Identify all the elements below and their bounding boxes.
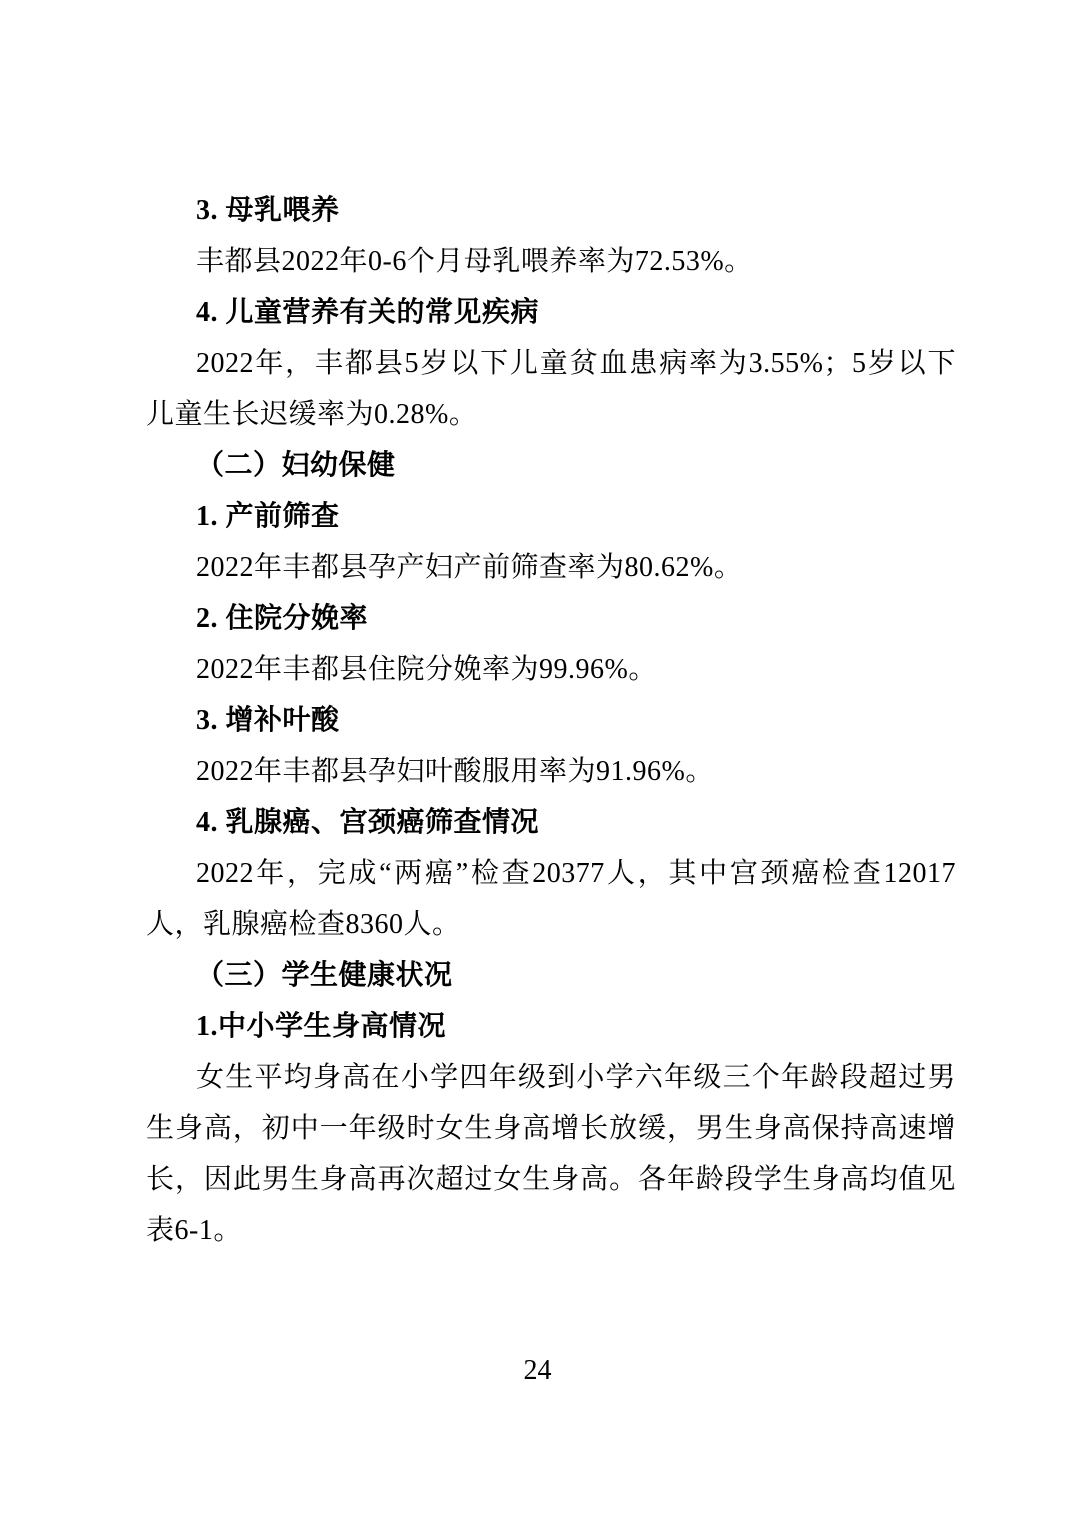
para-prenatal-screening-rate: 2022年丰都县孕产妇产前筛查率为80.62%。 — [146, 542, 956, 593]
heading-section-2-maternal-child-health: （二）妇幼保健 — [146, 440, 956, 491]
para-folic-acid-rate: 2022年丰都县孕妇叶酸服用率为91.96%。 — [146, 746, 956, 797]
para-hospital-delivery-rate: 2022年丰都县住院分娩率为99.96%。 — [146, 644, 956, 695]
heading-3-breastfeeding: 3. 母乳喂养 — [146, 185, 956, 236]
para-student-height-trend: 女生平均身高在小学四年级到小学六年级三个年龄段超过男生身高，初中一年级时女生身高… — [146, 1052, 956, 1256]
heading-4-child-nutrition-diseases: 4. 儿童营养有关的常见疾病 — [146, 287, 956, 338]
para-breastfeeding-rate: 丰都县2022年0-6个月母乳喂养率为72.53%。 — [146, 236, 956, 287]
document-page: 3. 母乳喂养 丰都县2022年0-6个月母乳喂养率为72.53%。 4. 儿童… — [0, 0, 1075, 1520]
heading-4-cancer-screening: 4. 乳腺癌、宫颈癌筛查情况 — [146, 797, 956, 848]
heading-3-folic-acid: 3. 增补叶酸 — [146, 695, 956, 746]
page-number: 24 — [0, 1354, 1075, 1388]
heading-2-hospital-delivery: 2. 住院分娩率 — [146, 593, 956, 644]
heading-1-student-height: 1.中小学生身高情况 — [146, 1001, 956, 1052]
para-child-anemia-stunting: 2022年，丰都县5岁以下儿童贫血患病率为3.55%；5岁以下儿童生长迟缓率为0… — [146, 338, 956, 440]
document-body: 3. 母乳喂养 丰都县2022年0-6个月母乳喂养率为72.53%。 4. 儿童… — [146, 185, 956, 1256]
heading-1-prenatal-screening: 1. 产前筛查 — [146, 491, 956, 542]
heading-section-3-student-health: （三）学生健康状况 — [146, 950, 956, 1001]
para-cancer-screening-counts: 2022年，完成“两癌”检查20377人，其中宫颈癌检查12017人，乳腺癌检查… — [146, 848, 956, 950]
